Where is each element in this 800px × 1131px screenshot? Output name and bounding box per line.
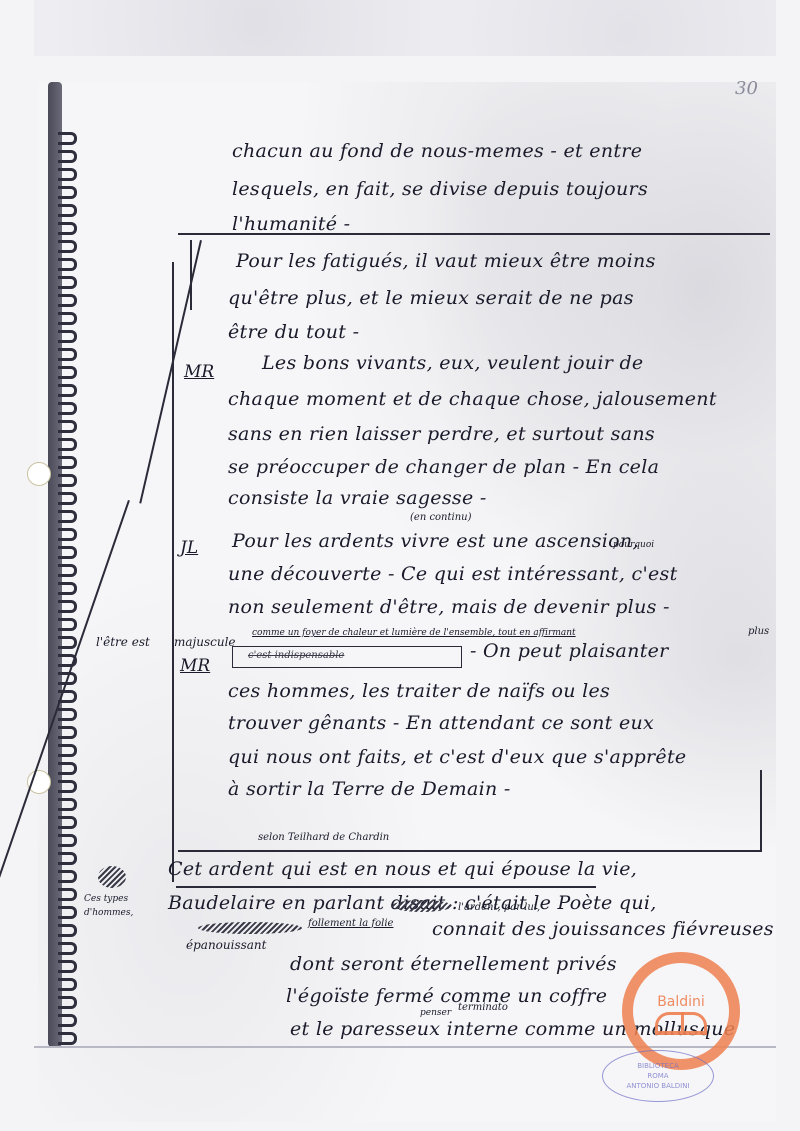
- margin-note: l'être est: [96, 635, 150, 649]
- text-line: Cet ardent qui est en nous et qui épouse…: [168, 858, 637, 880]
- spiral-ring: [58, 780, 77, 793]
- text-line: une découverte - Ce qui est intéressant,…: [228, 563, 678, 585]
- text-line: l'humanité -: [232, 213, 350, 235]
- text-line: Pour les ardents vivre est une ascension…: [232, 530, 639, 552]
- text-line: consiste la vraie sagesse -: [228, 487, 487, 509]
- spiral-ring: [58, 744, 77, 757]
- spiral-ring: [58, 852, 77, 865]
- speaker-label: JL: [180, 538, 198, 558]
- text-line: qui nous ont faits, et c'est d'eux que s…: [228, 746, 686, 768]
- spiral-ring: [58, 258, 77, 271]
- margin-note: Ces types d'hommes,: [84, 892, 154, 920]
- text-line: non seulement d'être, mais de devenir pl…: [228, 596, 670, 618]
- spiral-ring: [58, 1032, 77, 1045]
- spiral-ring: [58, 564, 77, 577]
- spiral-ring: [58, 348, 77, 361]
- text-line: l'égoïste fermé comme un coffre: [286, 985, 607, 1007]
- spiral-ring: [58, 132, 77, 145]
- stamp-text: ANTONIO BALDINI: [626, 1081, 689, 1091]
- spiral-ring: [58, 474, 77, 487]
- text-line: qu'être plus, et le mieux serait de ne p…: [228, 287, 634, 309]
- spiral-ring: [58, 150, 77, 163]
- punch-hole: [27, 462, 51, 486]
- spiral-ring: [58, 510, 77, 523]
- spiral-ring: [58, 708, 77, 721]
- text-line: - On peut plaisanter: [470, 640, 669, 662]
- spiral-ring: [58, 906, 77, 919]
- spiral-ring: [58, 834, 77, 847]
- spiral-ring: [58, 798, 77, 811]
- scribbled-mark: [198, 922, 302, 934]
- spiral-ring: [58, 492, 77, 505]
- spiral-ring: [58, 546, 77, 559]
- stamp-text: ROMA: [647, 1071, 668, 1081]
- text-line: dont seront éternellement privés: [290, 953, 617, 975]
- text-line: Les bons vivants, eux, veulent jouir de: [262, 352, 643, 374]
- spiral-ring: [58, 186, 77, 199]
- spiral-ring: [58, 960, 77, 973]
- text-line: trouver gênants - En attendant ce sont e…: [228, 712, 654, 734]
- insertion-note: plus: [748, 626, 769, 637]
- stamp-label: Baldini: [657, 994, 705, 1010]
- spiral-ring: [58, 582, 77, 595]
- open-book-icon: [655, 1012, 707, 1035]
- scribbled-mark: [98, 866, 126, 888]
- insertion-note: follement la folie: [308, 918, 393, 929]
- previous-page-edge: [34, 0, 776, 56]
- spiral-ring: [58, 384, 77, 397]
- spiral-ring: [58, 1014, 77, 1027]
- box-rule-top: [178, 233, 770, 235]
- spiral-ring: [58, 600, 77, 613]
- spiral-ring: [58, 222, 77, 235]
- speaker-label: MR: [184, 362, 214, 382]
- spiral-ring: [58, 456, 77, 469]
- spiral-ring: [58, 366, 77, 379]
- text-line: Pour les fatigués, il vaut mieux être mo…: [236, 250, 656, 272]
- spiral-ring: [58, 816, 77, 829]
- spiral-ring: [58, 276, 77, 289]
- library-stamp: BIBLIOTECA ROMA ANTONIO BALDINI: [602, 1050, 714, 1102]
- insertion-note: comme un foyer de chaleur et lumière de …: [252, 628, 576, 638]
- insertion-note: pourquoi: [613, 540, 654, 550]
- spiral-ring: [58, 294, 77, 307]
- spiral-ring: [58, 636, 77, 649]
- text-line: être du tout -: [228, 321, 359, 343]
- spiral-ring: [58, 528, 77, 541]
- spiral-ring: [58, 438, 77, 451]
- text-line: sans en rien laisser perdre, et surtout …: [228, 423, 655, 445]
- box-rule-right: [760, 770, 762, 850]
- text-line: à sortir la Terre de Demain -: [228, 778, 511, 800]
- stamp-text: BIBLIOTECA: [637, 1061, 679, 1071]
- spiral-ring: [58, 726, 77, 739]
- spiral-ring: [58, 168, 77, 181]
- spiral-ring: [58, 996, 77, 1009]
- page-number: 30: [735, 78, 758, 99]
- spiral-ring: [58, 888, 77, 901]
- text-line: chaque moment et de chaque chose, jalous…: [228, 388, 717, 410]
- spiral-binding: [48, 82, 78, 1047]
- spiral-ring: [58, 312, 77, 325]
- spiral-ring: [58, 870, 77, 883]
- insertion-note: (en continu): [410, 512, 472, 523]
- spiral-ring: [58, 762, 77, 775]
- insertion-note: terminato: [458, 1002, 508, 1013]
- spiral-ring: [58, 978, 77, 991]
- underline: [176, 886, 596, 888]
- spiral-ring: [58, 240, 77, 253]
- spiral-ring: [58, 330, 77, 343]
- spiral-ring: [58, 402, 77, 415]
- spiral-ring: [58, 204, 77, 217]
- text-line: lesquels, en fait, se divise depuis touj…: [232, 178, 648, 200]
- spiral-ring: [58, 942, 77, 955]
- speaker-label: MR: [180, 656, 210, 676]
- text-line: ces hommes, les traiter de naïfs ou les: [228, 680, 610, 702]
- insertion-note: l'ardent, par lui,: [458, 902, 540, 913]
- spiral-ring: [58, 618, 77, 631]
- scribbled-mark: [392, 900, 452, 912]
- insertion-note: épanouissant: [186, 938, 266, 952]
- text-line: se préoccuper de changer de plan - En ce…: [228, 456, 659, 478]
- insertion-note: penser: [420, 1008, 451, 1018]
- margin-note: majuscule: [174, 635, 236, 649]
- spiral-ring: [58, 924, 77, 937]
- insertion-note: selon Teilhard de Chardin: [258, 832, 389, 843]
- text-line: connait des jouissances fiévreuses: [432, 918, 774, 940]
- spiral-ring: [58, 420, 77, 433]
- text-line: chacun au fond de nous-memes - et entre: [232, 140, 642, 162]
- crossed-out-text: c'est indispensable: [248, 650, 344, 661]
- box-rule-bottom: [178, 850, 762, 852]
